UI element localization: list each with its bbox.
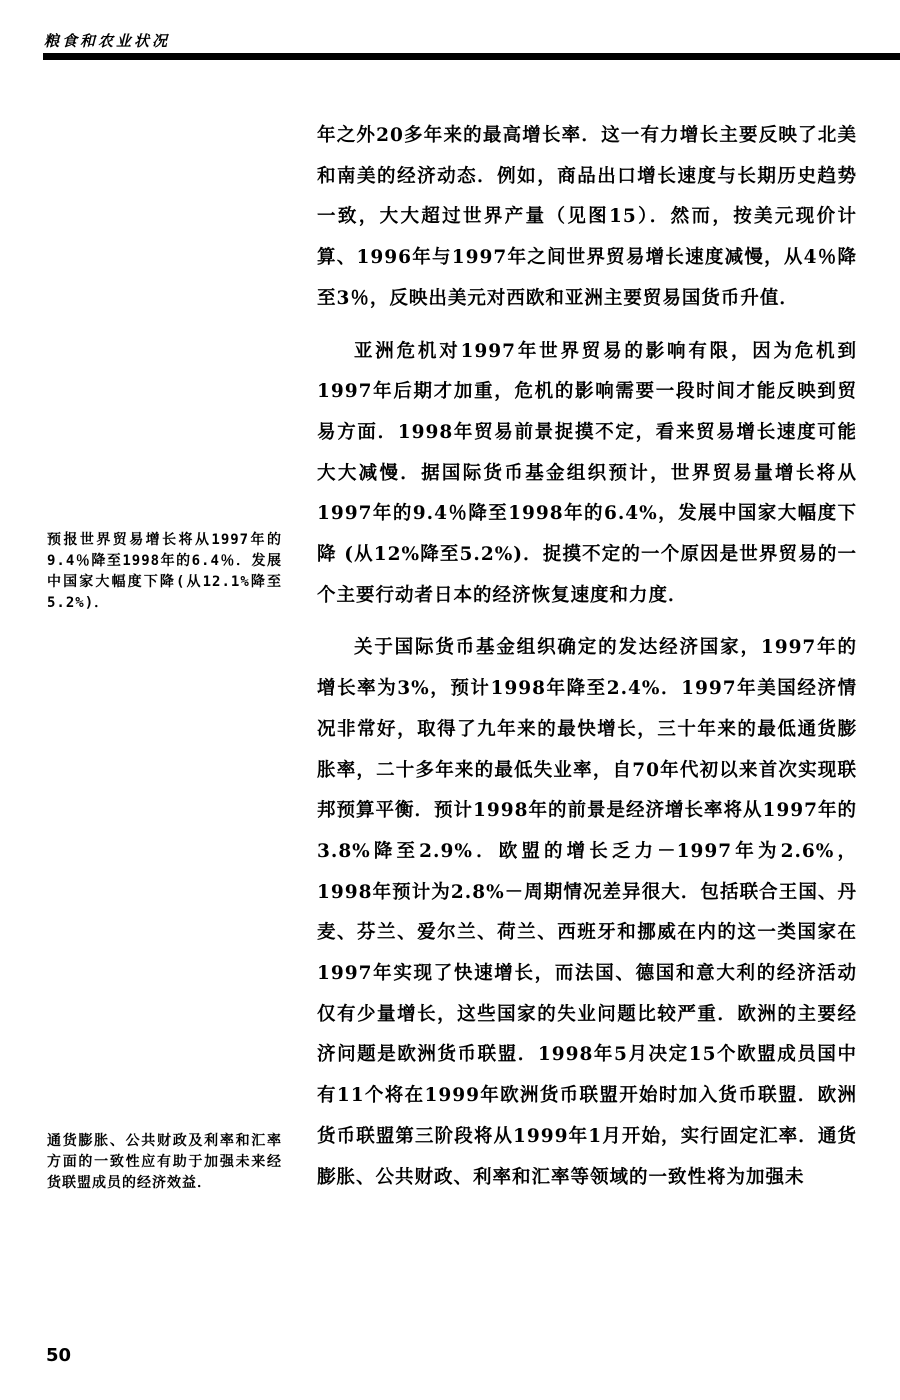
margin-note-emu-convergence: 通货膨胀、公共财政及利率和汇率方面的一致性应有助于加强未来经货联盟成员的经济效益… xyxy=(47,1131,282,1194)
running-title: 粮食和农业状况 xyxy=(44,30,170,51)
header-rule xyxy=(43,53,900,60)
main-text-column: 年之外20多年来的最高增长率．这一有力增长主要反映了北美和南美的经济动态．例如，… xyxy=(317,116,857,1210)
paragraph-1: 年之外20多年来的最高增长率．这一有力增长主要反映了北美和南美的经济动态．例如，… xyxy=(317,116,857,320)
paragraph-2: 亚洲危机对1997年世界贸易的影响有限，因为危机到1997年后期才加重，危机的影… xyxy=(317,332,857,617)
margin-note-trade-forecast: 预报世界贸易增长将从1997年的9.4％降至1998年的6.4％．发展中国家大幅… xyxy=(47,530,282,614)
paragraph-3: 关于国际货币基金组织确定的发达经济国家，1997年的增长率为3%，预计1998年… xyxy=(317,628,857,1198)
page-number: 50 xyxy=(46,1345,71,1366)
